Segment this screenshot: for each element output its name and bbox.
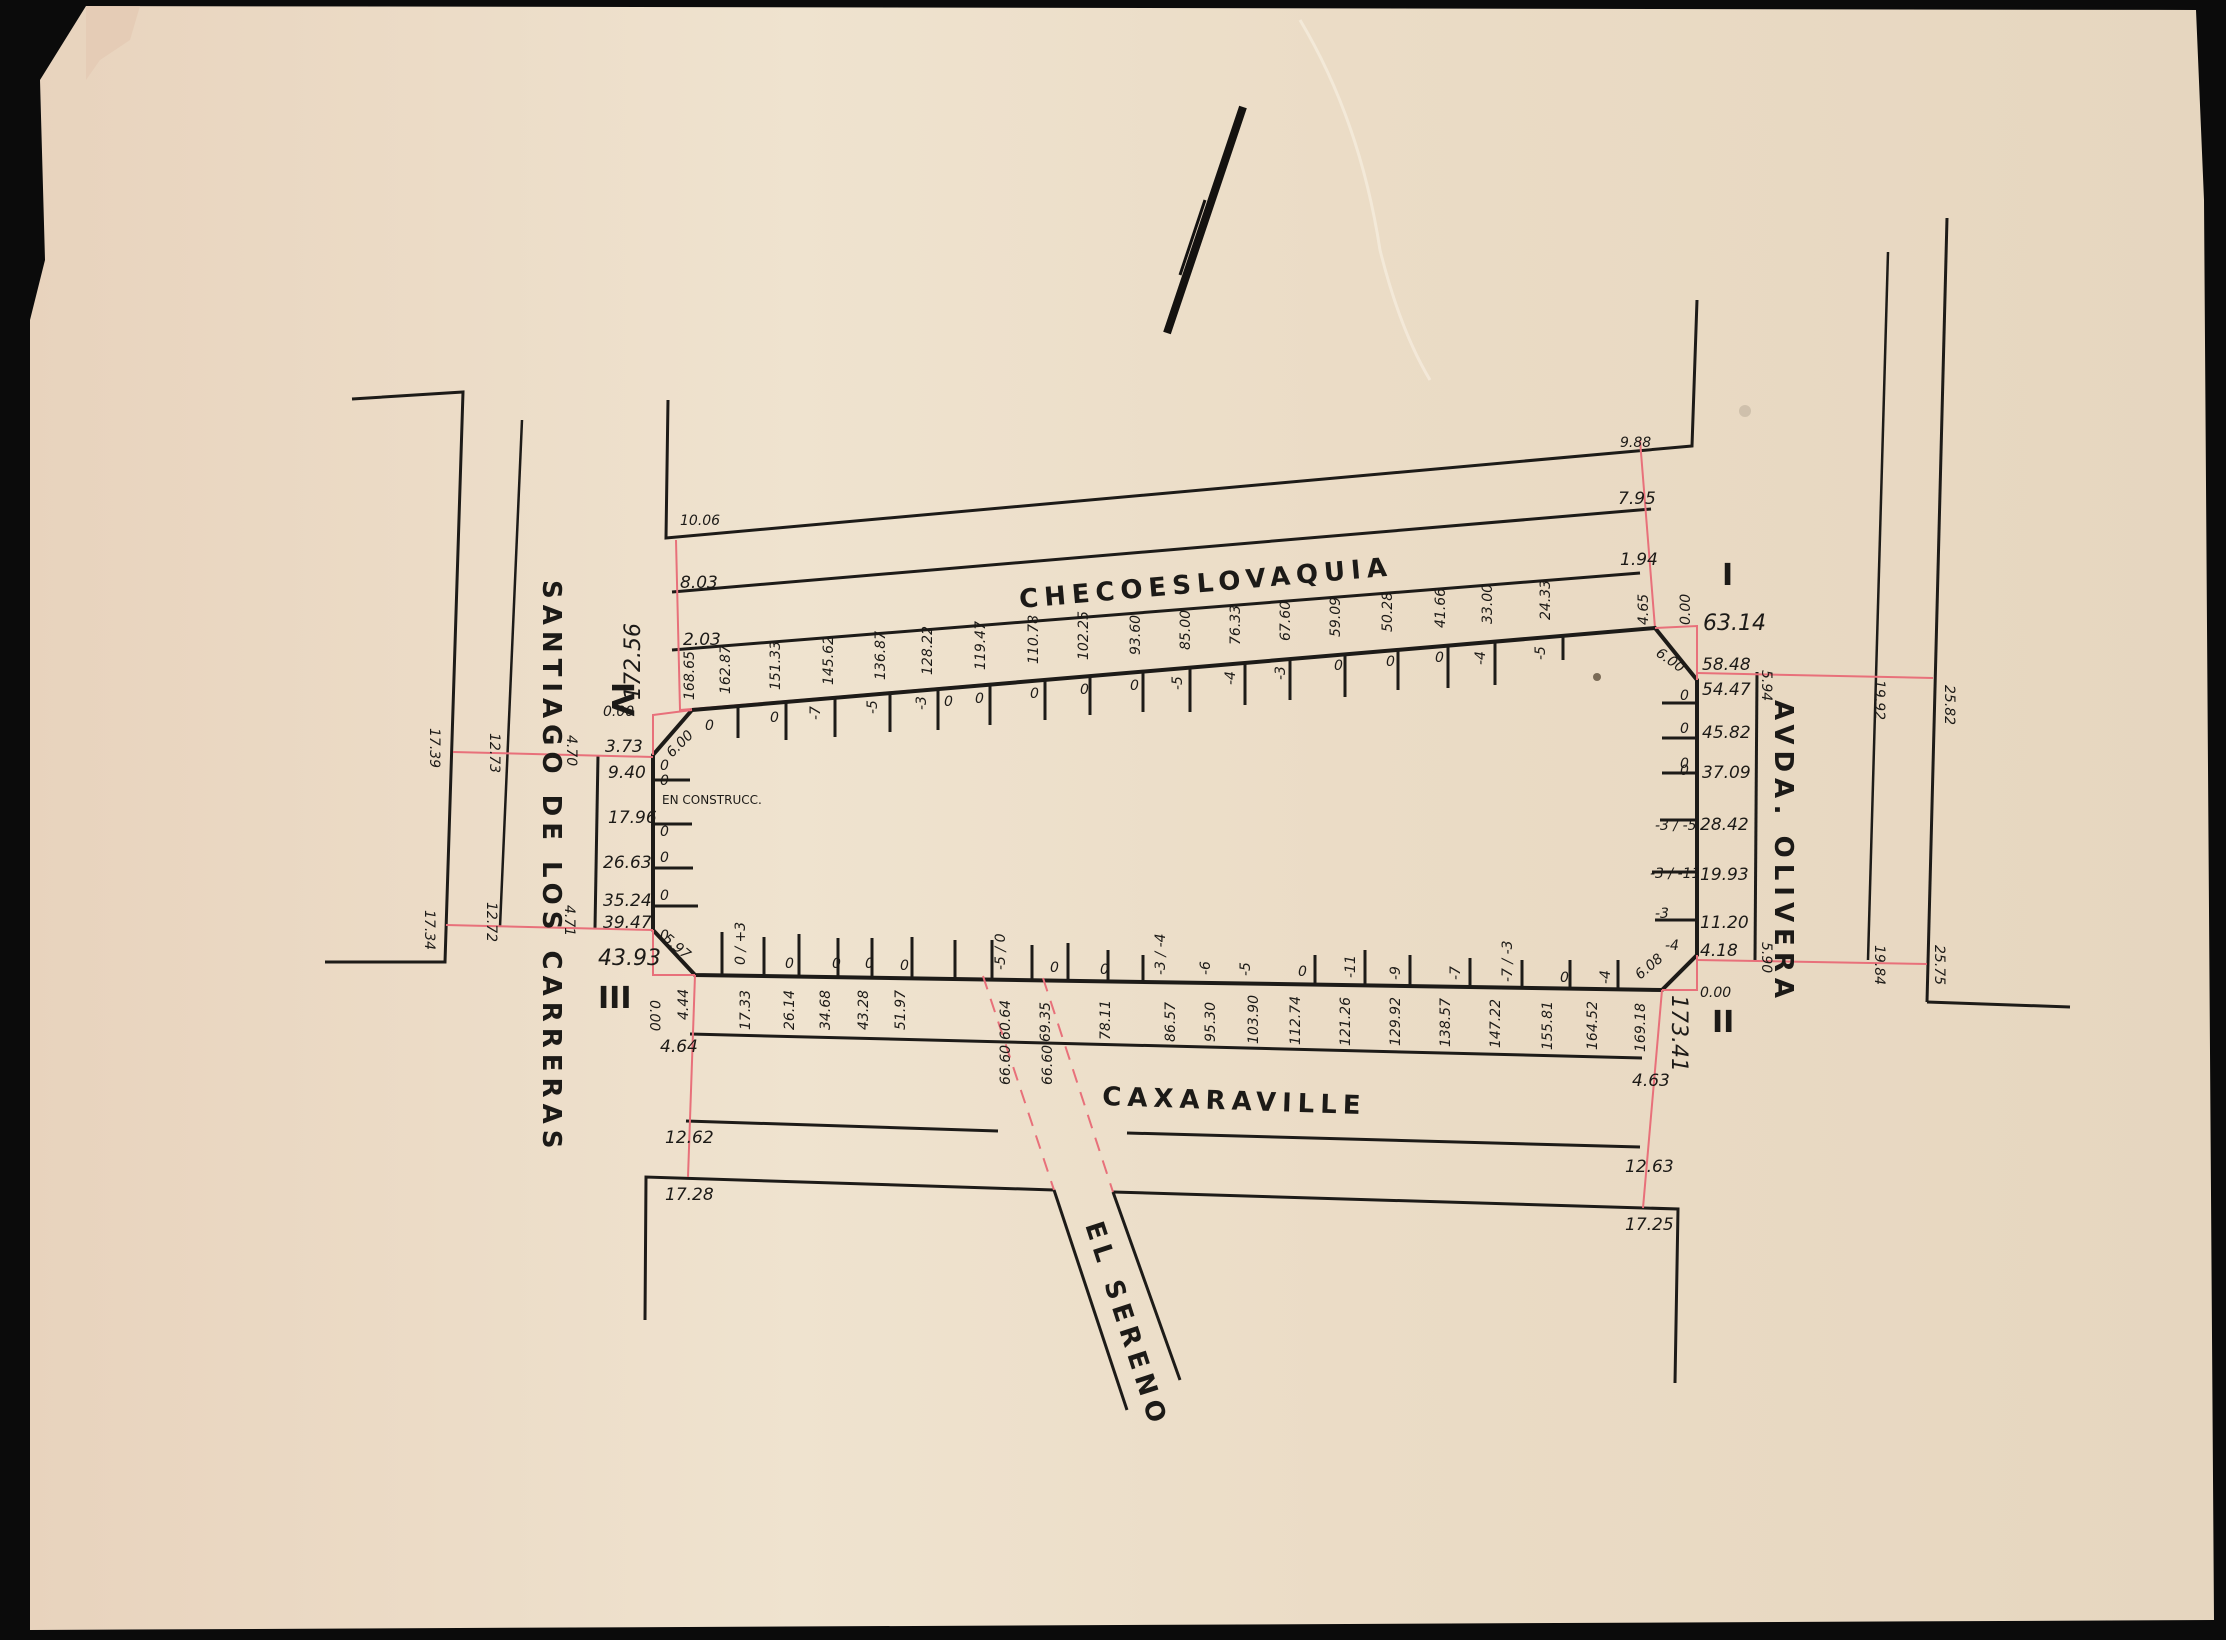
svg-text:145.62: 145.62 bbox=[821, 636, 837, 685]
corner-III-value: 43.93 bbox=[598, 946, 661, 971]
east-offset-north-0: 5.94 bbox=[1758, 670, 1774, 701]
svg-text:155.81: 155.81 bbox=[1540, 1001, 1556, 1050]
diagonal-offset-0: 66.60 bbox=[998, 1045, 1014, 1085]
east-offset-south-2: 25.75 bbox=[1931, 945, 1947, 985]
survey-sheet: CHECOESLOVAQUIA CAXARAVILLE SANTIAGO DE … bbox=[0, 0, 2226, 1640]
svg-text:43.28: 43.28 bbox=[856, 990, 872, 1030]
svg-text:28.42: 28.42 bbox=[1700, 815, 1749, 835]
svg-text:151.33: 151.33 bbox=[768, 641, 784, 690]
south-offset-west-0: 4.64 bbox=[660, 1037, 698, 1057]
svg-text:-4: -4 bbox=[1223, 671, 1239, 685]
corner-label-III: III bbox=[598, 981, 632, 1016]
south-offset-west-2: 17.28 bbox=[665, 1185, 714, 1205]
svg-text:-3: -3 bbox=[1273, 666, 1289, 680]
svg-text:119.47: 119.47 bbox=[973, 621, 989, 670]
svg-text:26.63: 26.63 bbox=[603, 853, 652, 873]
svg-text:-7: -7 bbox=[808, 706, 824, 720]
svg-text:0: 0 bbox=[1435, 650, 1444, 666]
svg-text:39.47: 39.47 bbox=[603, 913, 652, 933]
svg-text:0: 0 bbox=[785, 956, 794, 972]
south-corner-offset-west: 4.44 bbox=[676, 989, 692, 1020]
svg-text:0: 0 bbox=[660, 758, 669, 774]
north-corner-offset: 4.65 bbox=[1636, 594, 1652, 625]
svg-text:-4: -4 bbox=[1665, 938, 1679, 954]
svg-text:85.00: 85.00 bbox=[1178, 610, 1194, 650]
svg-text:69.35: 69.35 bbox=[1038, 1002, 1054, 1042]
svg-text:-4: -4 bbox=[1473, 651, 1489, 665]
svg-text:0: 0 bbox=[660, 824, 669, 840]
svg-text:0: 0 bbox=[705, 718, 714, 734]
svg-text:164.52: 164.52 bbox=[1585, 1001, 1601, 1050]
svg-text:0: 0 bbox=[660, 928, 669, 944]
south-offset-east-1: 12.63 bbox=[1625, 1157, 1674, 1177]
svg-text:60.64: 60.64 bbox=[998, 1000, 1014, 1040]
east-offset-north-1: 19.92 bbox=[1871, 680, 1887, 720]
svg-text:0: 0 bbox=[1680, 763, 1689, 779]
svg-text:128.22: 128.22 bbox=[920, 626, 936, 675]
svg-text:169.18: 169.18 bbox=[1633, 1003, 1649, 1052]
svg-text:138.57: 138.57 bbox=[1438, 998, 1454, 1047]
svg-text:17.96: 17.96 bbox=[608, 808, 657, 828]
svg-text:17.33: 17.33 bbox=[738, 990, 754, 1030]
construction-note: EN CONSTRUCC. bbox=[662, 793, 762, 807]
svg-text:11.20: 11.20 bbox=[1700, 913, 1749, 933]
south-offset-east-2: 17.25 bbox=[1625, 1215, 1674, 1235]
svg-text:45.82: 45.82 bbox=[1702, 723, 1751, 743]
svg-text:34.68: 34.68 bbox=[818, 990, 834, 1030]
svg-text:-4: -4 bbox=[1598, 970, 1614, 984]
west-offset-north-0: 4.70 bbox=[563, 735, 579, 766]
corner-II-zero: 0.00 bbox=[1700, 985, 1731, 1001]
svg-text:4.18: 4.18 bbox=[1700, 941, 1738, 961]
svg-text:33.00: 33.00 bbox=[1480, 584, 1496, 624]
svg-text:0: 0 bbox=[865, 956, 874, 972]
svg-text:168.65: 168.65 bbox=[682, 651, 698, 700]
svg-text:59.09: 59.09 bbox=[1328, 597, 1344, 637]
svg-text:147.22: 147.22 bbox=[1488, 999, 1504, 1048]
north-offset-west-1: 8.03 bbox=[680, 573, 718, 593]
svg-text:78.11: 78.11 bbox=[1098, 1000, 1114, 1040]
svg-text:102.25: 102.25 bbox=[1076, 611, 1092, 660]
svg-text:9.40: 9.40 bbox=[608, 763, 646, 783]
svg-text:-5: -5 bbox=[865, 700, 881, 714]
svg-text:0: 0 bbox=[1080, 682, 1089, 698]
svg-text:0: 0 bbox=[1386, 654, 1395, 670]
svg-text:0 / +3: 0 / +3 bbox=[733, 922, 749, 965]
east-offset-south-1: 19.84 bbox=[1871, 945, 1887, 985]
svg-text:50.28: 50.28 bbox=[1380, 592, 1396, 632]
north-offset-west-2: 2.03 bbox=[683, 630, 721, 650]
svg-text:-3: -3 bbox=[1655, 906, 1669, 922]
svg-text:95.30: 95.30 bbox=[1203, 1002, 1219, 1042]
svg-text:0: 0 bbox=[660, 850, 669, 866]
svg-text:-5: -5 bbox=[1238, 962, 1254, 976]
svg-text:3.73: 3.73 bbox=[605, 737, 643, 757]
svg-text:110.78: 110.78 bbox=[1026, 615, 1042, 664]
svg-text:-7 / -3: -7 / -3 bbox=[1500, 940, 1516, 982]
svg-text:0: 0 bbox=[1298, 964, 1307, 980]
corner-IV-zero: 0.00 bbox=[603, 704, 634, 720]
svg-text:0: 0 bbox=[1334, 658, 1343, 674]
svg-text:86.57: 86.57 bbox=[1163, 1002, 1179, 1042]
svg-text:58.48: 58.48 bbox=[1702, 655, 1751, 675]
north-offset-east-1: 7.95 bbox=[1618, 489, 1656, 509]
svg-text:-7: -7 bbox=[1448, 966, 1464, 980]
corner-label-II: II bbox=[1712, 1005, 1734, 1040]
svg-text:-6: -6 bbox=[1198, 961, 1214, 975]
paper bbox=[30, 6, 2214, 1630]
svg-text:0: 0 bbox=[1130, 678, 1139, 694]
north-offset-east-2: 1.94 bbox=[1620, 550, 1658, 570]
svg-text:-3 / -4: -3 / -4 bbox=[1153, 933, 1169, 975]
svg-text:-3 / -11: -3 / -11 bbox=[1650, 866, 1700, 882]
svg-text:-9: -9 bbox=[1388, 966, 1404, 980]
svg-text:0: 0 bbox=[660, 773, 669, 789]
svg-text:76.33: 76.33 bbox=[1228, 605, 1244, 645]
svg-text:121.26: 121.26 bbox=[1338, 997, 1354, 1046]
svg-text:41.66: 41.66 bbox=[1433, 588, 1449, 628]
svg-text:0: 0 bbox=[1680, 721, 1689, 737]
corner-label-I: I bbox=[1722, 558, 1733, 593]
svg-text:0: 0 bbox=[900, 958, 909, 974]
svg-text:0: 0 bbox=[1680, 688, 1689, 704]
svg-text:-3 / -5: -3 / -5 bbox=[1655, 818, 1697, 834]
svg-text:0: 0 bbox=[1560, 970, 1569, 986]
svg-text:0: 0 bbox=[1100, 962, 1109, 978]
north-offset-east-0: 9.88 bbox=[1620, 435, 1651, 451]
east-offset-north-2: 25.82 bbox=[1941, 685, 1957, 725]
svg-text:0: 0 bbox=[944, 694, 953, 710]
east-offset-south-0: 5.90 bbox=[1758, 942, 1774, 973]
svg-text:129.92: 129.92 bbox=[1388, 997, 1404, 1046]
svg-text:162.87: 162.87 bbox=[718, 645, 734, 694]
svg-text:103.90: 103.90 bbox=[1246, 995, 1262, 1044]
svg-text:67.60: 67.60 bbox=[1278, 601, 1294, 641]
west-offset-north-1: 12.73 bbox=[486, 733, 502, 773]
svg-text:54.47: 54.47 bbox=[1702, 680, 1751, 700]
west-offset-south-1: 12.72 bbox=[483, 902, 499, 942]
svg-text:0: 0 bbox=[1030, 686, 1039, 702]
svg-text:19.93: 19.93 bbox=[1700, 865, 1749, 885]
svg-text:26.14: 26.14 bbox=[782, 990, 798, 1030]
south-offset-west-1: 12.62 bbox=[665, 1128, 714, 1148]
corner-I-zero: 0.00 bbox=[1678, 594, 1694, 625]
svg-text:-5: -5 bbox=[1170, 676, 1186, 690]
west-offset-north-2: 17.39 bbox=[426, 728, 442, 768]
svg-text:-5 / 0: -5 / 0 bbox=[993, 933, 1009, 970]
svg-text:-3: -3 bbox=[914, 696, 930, 710]
corner-I-value: 63.14 bbox=[1703, 611, 1766, 636]
corner-III-zero: 0.00 bbox=[646, 1000, 662, 1031]
svg-text:51.97: 51.97 bbox=[893, 990, 909, 1030]
svg-text:0: 0 bbox=[1050, 960, 1059, 976]
svg-text:0: 0 bbox=[975, 691, 984, 707]
svg-text:112.74: 112.74 bbox=[1288, 996, 1304, 1045]
svg-text:-11: -11 bbox=[1343, 955, 1359, 978]
svg-text:0: 0 bbox=[660, 888, 669, 904]
corner-II-value: 173.41 bbox=[1666, 995, 1691, 1072]
corner-IV-value: 172.56 bbox=[621, 623, 646, 700]
svg-text:93.60: 93.60 bbox=[1128, 615, 1144, 655]
west-offset-south-0: 4.71 bbox=[561, 905, 577, 936]
svg-text:-5: -5 bbox=[1533, 646, 1549, 660]
diagonal-offset-1: 66.60 bbox=[1040, 1045, 1056, 1085]
svg-text:136.87: 136.87 bbox=[873, 631, 889, 680]
north-offset-west-0: 10.06 bbox=[680, 513, 720, 529]
west-offset-south-2: 17.34 bbox=[421, 910, 437, 950]
svg-text:0: 0 bbox=[770, 710, 779, 726]
street-name-west: SANTIAGO DE LOS CARRERAS bbox=[536, 580, 566, 1154]
svg-text:35.24: 35.24 bbox=[603, 891, 652, 911]
svg-text:37.09: 37.09 bbox=[1702, 763, 1751, 783]
svg-text:24.33: 24.33 bbox=[1538, 580, 1554, 620]
south-offset-east-0: 4.63 bbox=[1632, 1071, 1670, 1091]
svg-text:0: 0 bbox=[832, 956, 841, 972]
